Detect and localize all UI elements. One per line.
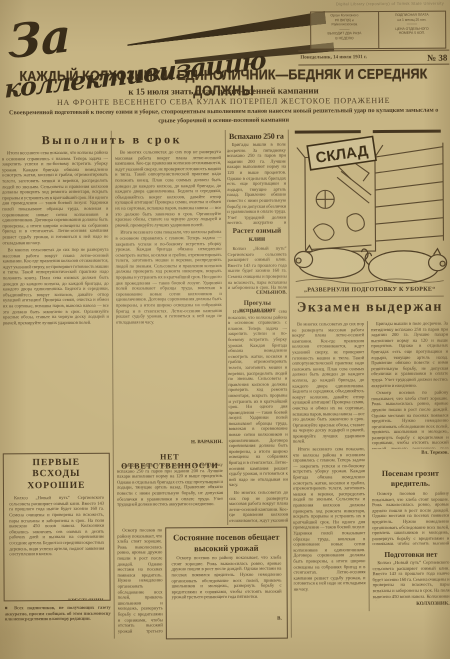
newspaper-page: Digital Library (repository) of Tomsk St… — [0, 0, 450, 659]
paragraph: Осмотр посевов по району показывает, что… — [171, 555, 281, 600]
article-netotv-body-narrow: Осмотр посевов по району показывает, что… — [117, 527, 163, 633]
article-vspahano-heading: Вспахано 250 га — [226, 132, 287, 141]
paragraph: Во многих сельсоветах до сих пор не разв… — [229, 490, 288, 523]
paragraph: Во многих сельсоветах до сих пор не разв… — [115, 149, 221, 228]
article-vypolnit-body-col2: Во многих сельсоветах до сих пор не разв… — [115, 149, 223, 440]
paragraph: Бригады вышли в поле досрочно. За пятидн… — [227, 142, 287, 226]
article-ekzamen-signature: Вл. Терехов. — [372, 451, 449, 456]
paragraph: Бригады вышли в поле досрочно. За пятидн… — [371, 321, 448, 389]
column-rule-4 — [367, 321, 370, 611]
cartoon-sign-group: СКЛАД — [307, 136, 376, 169]
library-stamp-text: Digital Library (repository) of Tomsk St… — [286, 1, 444, 7]
article-posevam-body: Осмотр посевов по району показывает, что… — [372, 491, 449, 545]
article-rastet-signature: СЕМЬЯНОВ. — [228, 291, 287, 296]
boxed-article-vshody-signature: КРЕСТЬЯНИН. — [10, 599, 105, 601]
dateline-text: Понедельник, 14 июля 1931 г. — [300, 55, 367, 60]
article-podgotovki-body: Колхоз „Новый путь“ Сергиевского сельсов… — [372, 560, 449, 600]
paragraph: Колхоз „Новый путь“ Сергиевского сельсов… — [227, 246, 286, 290]
issue-number: № 38 — [427, 52, 447, 62]
article-podgotovki-signature: КОЛХОЗНИК. — [373, 602, 450, 607]
paragraph: Колхоз „Новый путь“ Сергиевского сельсов… — [9, 495, 104, 557]
paragraph: Итоги весеннего сева показали, что колхо… — [293, 446, 366, 592]
boxed-article-sostoyanie-signature: В. — [172, 617, 282, 623]
paragraph: Итоги весеннего сева показали, что колхо… — [115, 229, 222, 325]
article-ekzamen-heading: Экзамен выдержан — [292, 300, 448, 317]
article-posevam-heading: Посевам грозит вредитель. — [372, 469, 449, 489]
boxed-article-sostoyanie: Состояние посевов обещает высокий урожай… — [165, 527, 288, 640]
boxed-article-sostoyanie-heading: Состояние посевов обещает высокий урожай — [171, 532, 281, 554]
cartoon-divider — [296, 296, 444, 298]
masthead-title-za: За — [8, 12, 71, 65]
paragraph: Колхоз „Новый путь“ Сергиевского сельсов… — [372, 560, 449, 600]
warehouse-pigs-cartoon: СКЛАД — [291, 133, 448, 286]
banner-deck: Своевременной подготовкой к посеву озими… — [9, 107, 439, 128]
publication-info-box: Орган Колхозного РК ВКП(б) и Райколхозсо… — [310, 11, 446, 50]
info-box-right: ПОДПИСНАЯ ПЛАТА на 1 месяц 25 коп. ——— Ц… — [378, 12, 446, 48]
paragraph: Осмотр посевов по району показывает, что… — [371, 390, 448, 449]
article-ekzamen-body-left: Во многих сельсоветах до сих пор не разв… — [292, 321, 366, 633]
article-vypolnit-signature: Н. ВАРАКИН. — [117, 440, 223, 446]
banner-subline-2: НА ФРОНТЕ ВЕСЕННЕГО СЕВА КУЛАК ПОТЕРПЕЛ … — [0, 96, 449, 108]
boxed-article-vshody-body: Колхоз „Новый путь“ Сергиевского сельсов… — [9, 495, 105, 600]
cartoon-caption: „РАЗВЕРНУЛИ ПОДГОТОВКУ К УБОРКЕ“ — [292, 287, 448, 294]
page-content: Digital Library (repository) of Tomsk St… — [0, 0, 450, 659]
article-vypolnit-heading: Выполнить в срок — [0, 132, 225, 148]
footer-note-text: ■ Всех подписчиков, не получающих газету… — [5, 605, 111, 622]
paragraph: Во многих сельсоветах до сих пор не разв… — [2, 247, 108, 326]
article-ekzamen-body-right: Бригады вышли в поле досрочно. За пятидн… — [371, 321, 449, 449]
article-proguly-body: Итоги весеннего сева показали, что колхо… — [228, 309, 288, 523]
paragraph: Осмотр посевов по району показывает, что… — [117, 527, 163, 633]
boxed-article-vshody-heading: ПЕРВЫЕ ВСХОДЫ ХОРОШИЕ — [9, 458, 104, 493]
paragraph: Во многих сельсоветах до сих пор не разв… — [292, 321, 365, 445]
boxed-article-sostoyanie-body: Осмотр посевов по району показывает, что… — [171, 555, 281, 618]
paragraph: Итоги весеннего сева показали, что колхо… — [228, 309, 288, 488]
boxed-article-vshody: ПЕРВЫЕ ВСХОДЫ ХОРОШИЕ Колхоз „Новый путь… — [3, 453, 111, 602]
footer-note: ■ Всех подписчиков, не получающих газету… — [5, 605, 111, 630]
paragraph: Итоги весеннего сева показали, что колхо… — [2, 150, 109, 246]
article-rastet-heading: Растет озимый клин — [227, 228, 286, 244]
article-podgotovki-heading: Подготовки нет — [372, 550, 449, 559]
article-vspahano-body: Бригады вышли в поле досрочно. За пятидн… — [227, 142, 287, 226]
paragraph: Осмотр посевов по району показывает, что… — [372, 491, 449, 545]
paragraph: Бригады вышли в поле досрочно. За пятидн… — [117, 462, 223, 507]
masthead-title: Заколлективизацию — [6, 0, 311, 81]
dateline-bar: Понедельник, 14 июля 1931 г. № 38 — [298, 50, 449, 66]
article-rastet-body: Колхоз „Новый путь“ Сергиевского сельсов… — [227, 246, 286, 290]
info-box-left: Орган Колхозного РК ВКП(б) и Райколхозсо… — [311, 12, 378, 48]
article-netotv-body: Бригады вышли в поле досрочно. За пятидн… — [117, 462, 223, 525]
article-vypolnit-body-col1: Итоги весеннего сева показали, что колхо… — [2, 150, 110, 449]
